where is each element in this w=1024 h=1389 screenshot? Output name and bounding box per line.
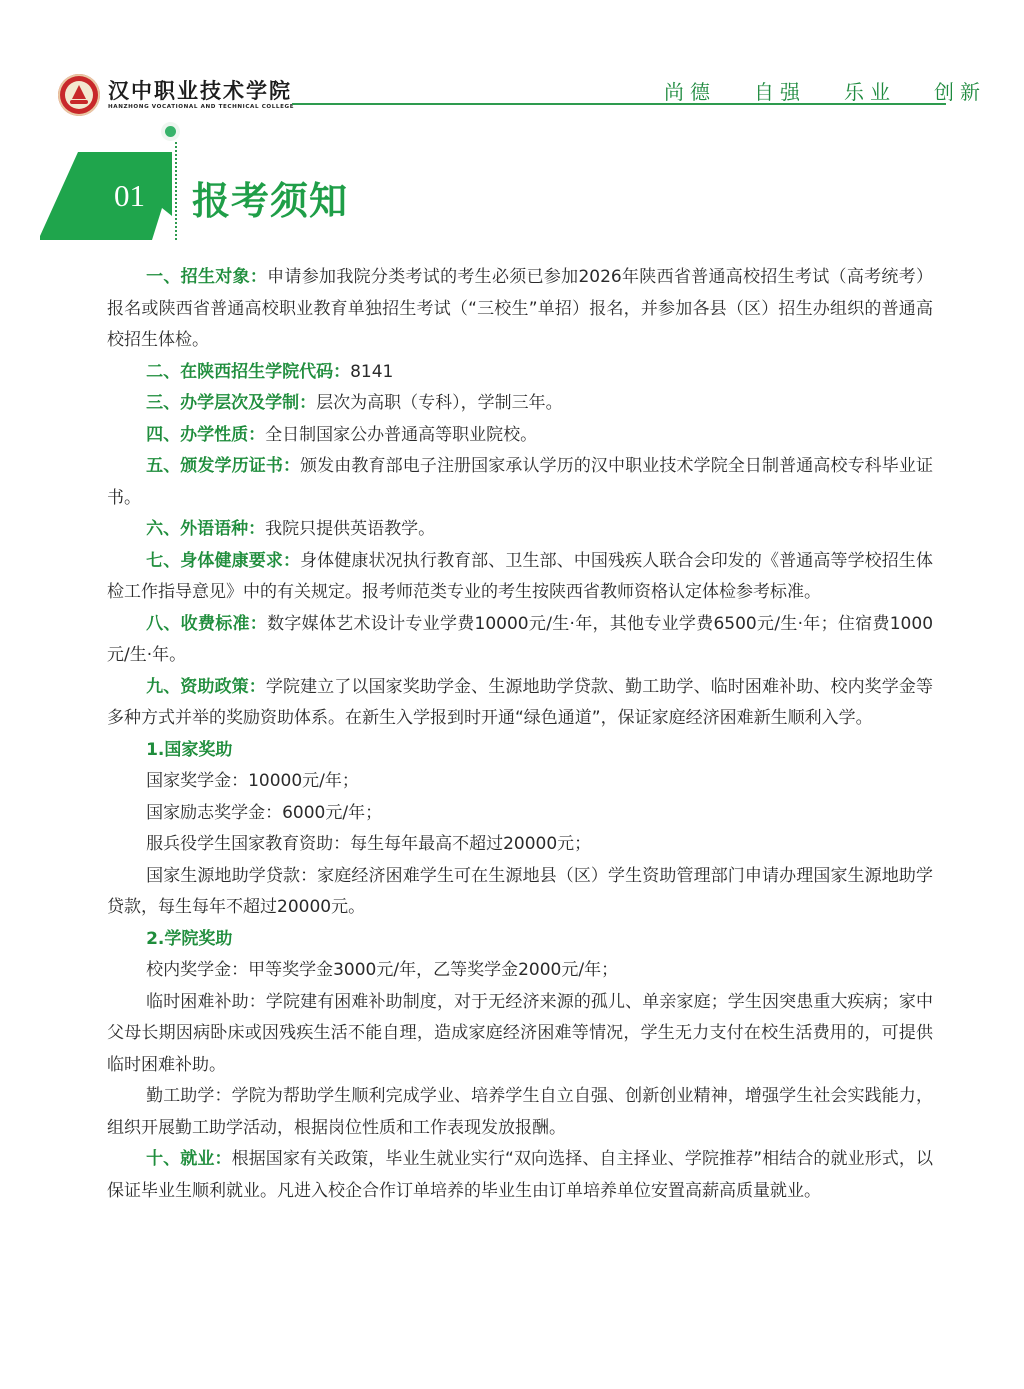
section-badge-arrow-icon: [40, 150, 180, 240]
aid-national-line: 国家励志奖学金：6000元/年；: [107, 798, 933, 830]
school-logo: 汉中职业技术学院 HANZHONG VOCATIONAL AND TECHNIC…: [58, 74, 294, 116]
aid-national-line: 国家奖学金：10000元/年；: [107, 766, 933, 798]
aid-college-line: 临时困难补助：学院建有困难补助制度，对于无经济来源的孤儿、单亲家庭；学生因突患重…: [107, 987, 933, 1082]
section-number: 01: [114, 178, 145, 214]
item-level-duration: 三、办学层次及学制：层次为高职（专科），学制三年。: [107, 388, 933, 420]
motto-3: 乐业: [844, 76, 896, 105]
item-school-nature: 四、办学性质：全日制国家公办普通高等职业院校。: [107, 420, 933, 452]
section-title: 报考须知: [192, 170, 348, 225]
item-health: 七、身体健康要求：身体健康状况执行教育部、卫生部、中国残疾人联合会印发的《普通高…: [107, 546, 933, 609]
page-header: 汉中职业技术学院 HANZHONG VOCATIONAL AND TECHNIC…: [0, 0, 1024, 120]
item-language: 六、外语语种：我院只提供英语教学。: [107, 514, 933, 546]
school-name-cn: 汉中职业技术学院: [108, 79, 294, 103]
item-employment: 十、就业：根据国家有关政策，毕业生就业实行“双向选择、自主择业、学院推荐”相结合…: [107, 1144, 933, 1207]
item-school-code: 二、在陕西招生学院代码：8141: [107, 357, 933, 389]
school-emblem-icon: [58, 74, 100, 116]
timeline-divider: [175, 142, 177, 240]
motto-4: 创新: [934, 76, 986, 105]
timeline-dot-icon: [165, 126, 176, 137]
aid-national-line: 服兵役学生国家教育资助：每生每年最高不超过20000元；: [107, 829, 933, 861]
notice-content: 一、招生对象：申请参加我院分类考试的考生必须已参加2026年陕西省普通高校招生考…: [107, 262, 933, 1207]
aid-college-heading: 2.学院奖助: [107, 924, 933, 956]
school-name-en: HANZHONG VOCATIONAL AND TECHNICAL COLLEG…: [108, 103, 294, 111]
motto-1: 尚德: [664, 76, 716, 105]
aid-national-heading: 1.国家奖助: [107, 735, 933, 767]
motto-2: 自强: [754, 76, 806, 105]
header-divider: [292, 103, 946, 105]
item-certificate: 五、颁发学历证书：颁发由教育部电子注册国家承认学历的汉中职业技术学院全日制普通高…: [107, 451, 933, 514]
item-enrollment-target: 一、招生对象：申请参加我院分类考试的考生必须已参加2026年陕西省普通高校招生考…: [107, 262, 933, 357]
aid-national-line: 国家生源地助学贷款：家庭经济困难学生可在生源地县（区）学生资助管理部门申请办理国…: [107, 861, 933, 924]
school-motto: 尚德 自强 乐业 创新: [664, 76, 986, 105]
aid-college-line: 勤工助学：学院为帮助学生顺利完成学业、培养学生自立自强、创新创业精神，增强学生社…: [107, 1081, 933, 1144]
item-aid-policy: 九、资助政策：学院建立了以国家奖助学金、生源地助学贷款、勤工助学、临时困难补助、…: [107, 672, 933, 735]
item-fees: 八、收费标准：数字媒体艺术设计专业学费10000元/生·年，其他专业学费6500…: [107, 609, 933, 672]
aid-college-line: 校内奖学金：甲等奖学金3000元/年，乙等奖学金2000元/年；: [107, 955, 933, 987]
